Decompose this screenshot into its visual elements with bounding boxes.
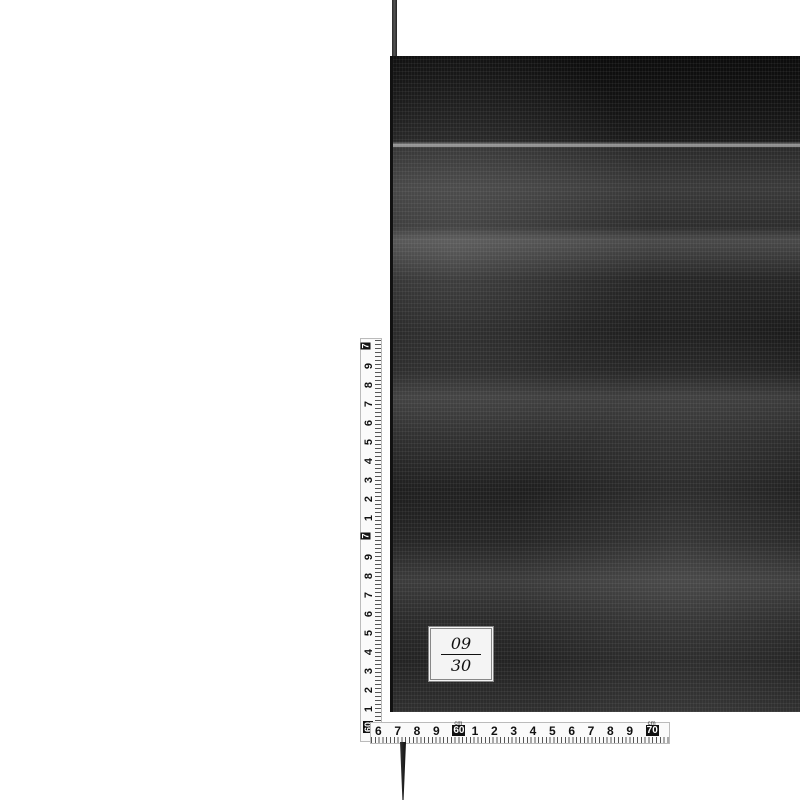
ruler-label: 8 — [607, 724, 614, 738]
ruler-label: 1 — [363, 703, 375, 715]
ruler-unit: cm — [648, 721, 656, 727]
catalog-label-top: 09 — [451, 634, 471, 653]
catalog-label-bottom: 30 — [451, 656, 471, 675]
ruler-label: 2 — [363, 493, 375, 505]
ruler-label: 3 — [510, 724, 517, 738]
ruler-label: 7 — [588, 724, 595, 738]
ruler-label: 8 — [363, 379, 375, 391]
ruler-label: 1 — [472, 724, 479, 738]
catalog-label-divider — [441, 654, 481, 655]
ruler-label: 4 — [363, 455, 375, 467]
ruler-label: 8 — [363, 570, 375, 582]
ruler-label: 9 — [433, 724, 440, 738]
ruler-label: 5 — [363, 436, 375, 448]
book-spine-top — [392, 0, 397, 60]
cover-horizontal-rule — [393, 144, 800, 147]
ruler-label: 6 — [363, 608, 375, 620]
ruler-label: 4 — [530, 724, 537, 738]
ruler-label: 1 — [363, 512, 375, 524]
document-cover — [390, 56, 800, 712]
ruler-label: 3 — [363, 665, 375, 677]
ruler-label: 7 — [394, 724, 401, 738]
ruler-label: 9 — [626, 724, 633, 738]
ruler-label: 7 — [361, 533, 371, 540]
vertical-measuring-ruler: 7987654321798765432160 — [360, 338, 382, 742]
ruler-label: 6 — [363, 417, 375, 429]
ruler-label: 7 — [361, 342, 371, 349]
ruler-label: 5 — [549, 724, 556, 738]
ruler-label: 6 — [568, 724, 575, 738]
ruler-label: 5 — [363, 627, 375, 639]
ruler-label: 2 — [491, 724, 498, 738]
ruler-label: 4 — [363, 646, 375, 658]
ruler-label: 8 — [414, 724, 421, 738]
ruler-label: 6 — [375, 724, 382, 738]
ruler-label: 7 — [363, 398, 375, 410]
ruler-label: 7 — [363, 589, 375, 601]
ruler-ticks — [375, 339, 381, 741]
horizontal-measuring-ruler: 678960cm12345678970cm — [370, 722, 670, 744]
ruler-label: 2 — [363, 684, 375, 696]
ruler-label: 3 — [363, 474, 375, 486]
catalog-label: 09 30 — [428, 626, 494, 682]
cover-bottom-edge — [393, 712, 800, 716]
ruler-label: 9 — [363, 551, 375, 563]
book-spine-bottom — [400, 742, 406, 800]
ruler-unit: cm — [454, 721, 462, 727]
ruler-label: 9 — [363, 360, 375, 372]
